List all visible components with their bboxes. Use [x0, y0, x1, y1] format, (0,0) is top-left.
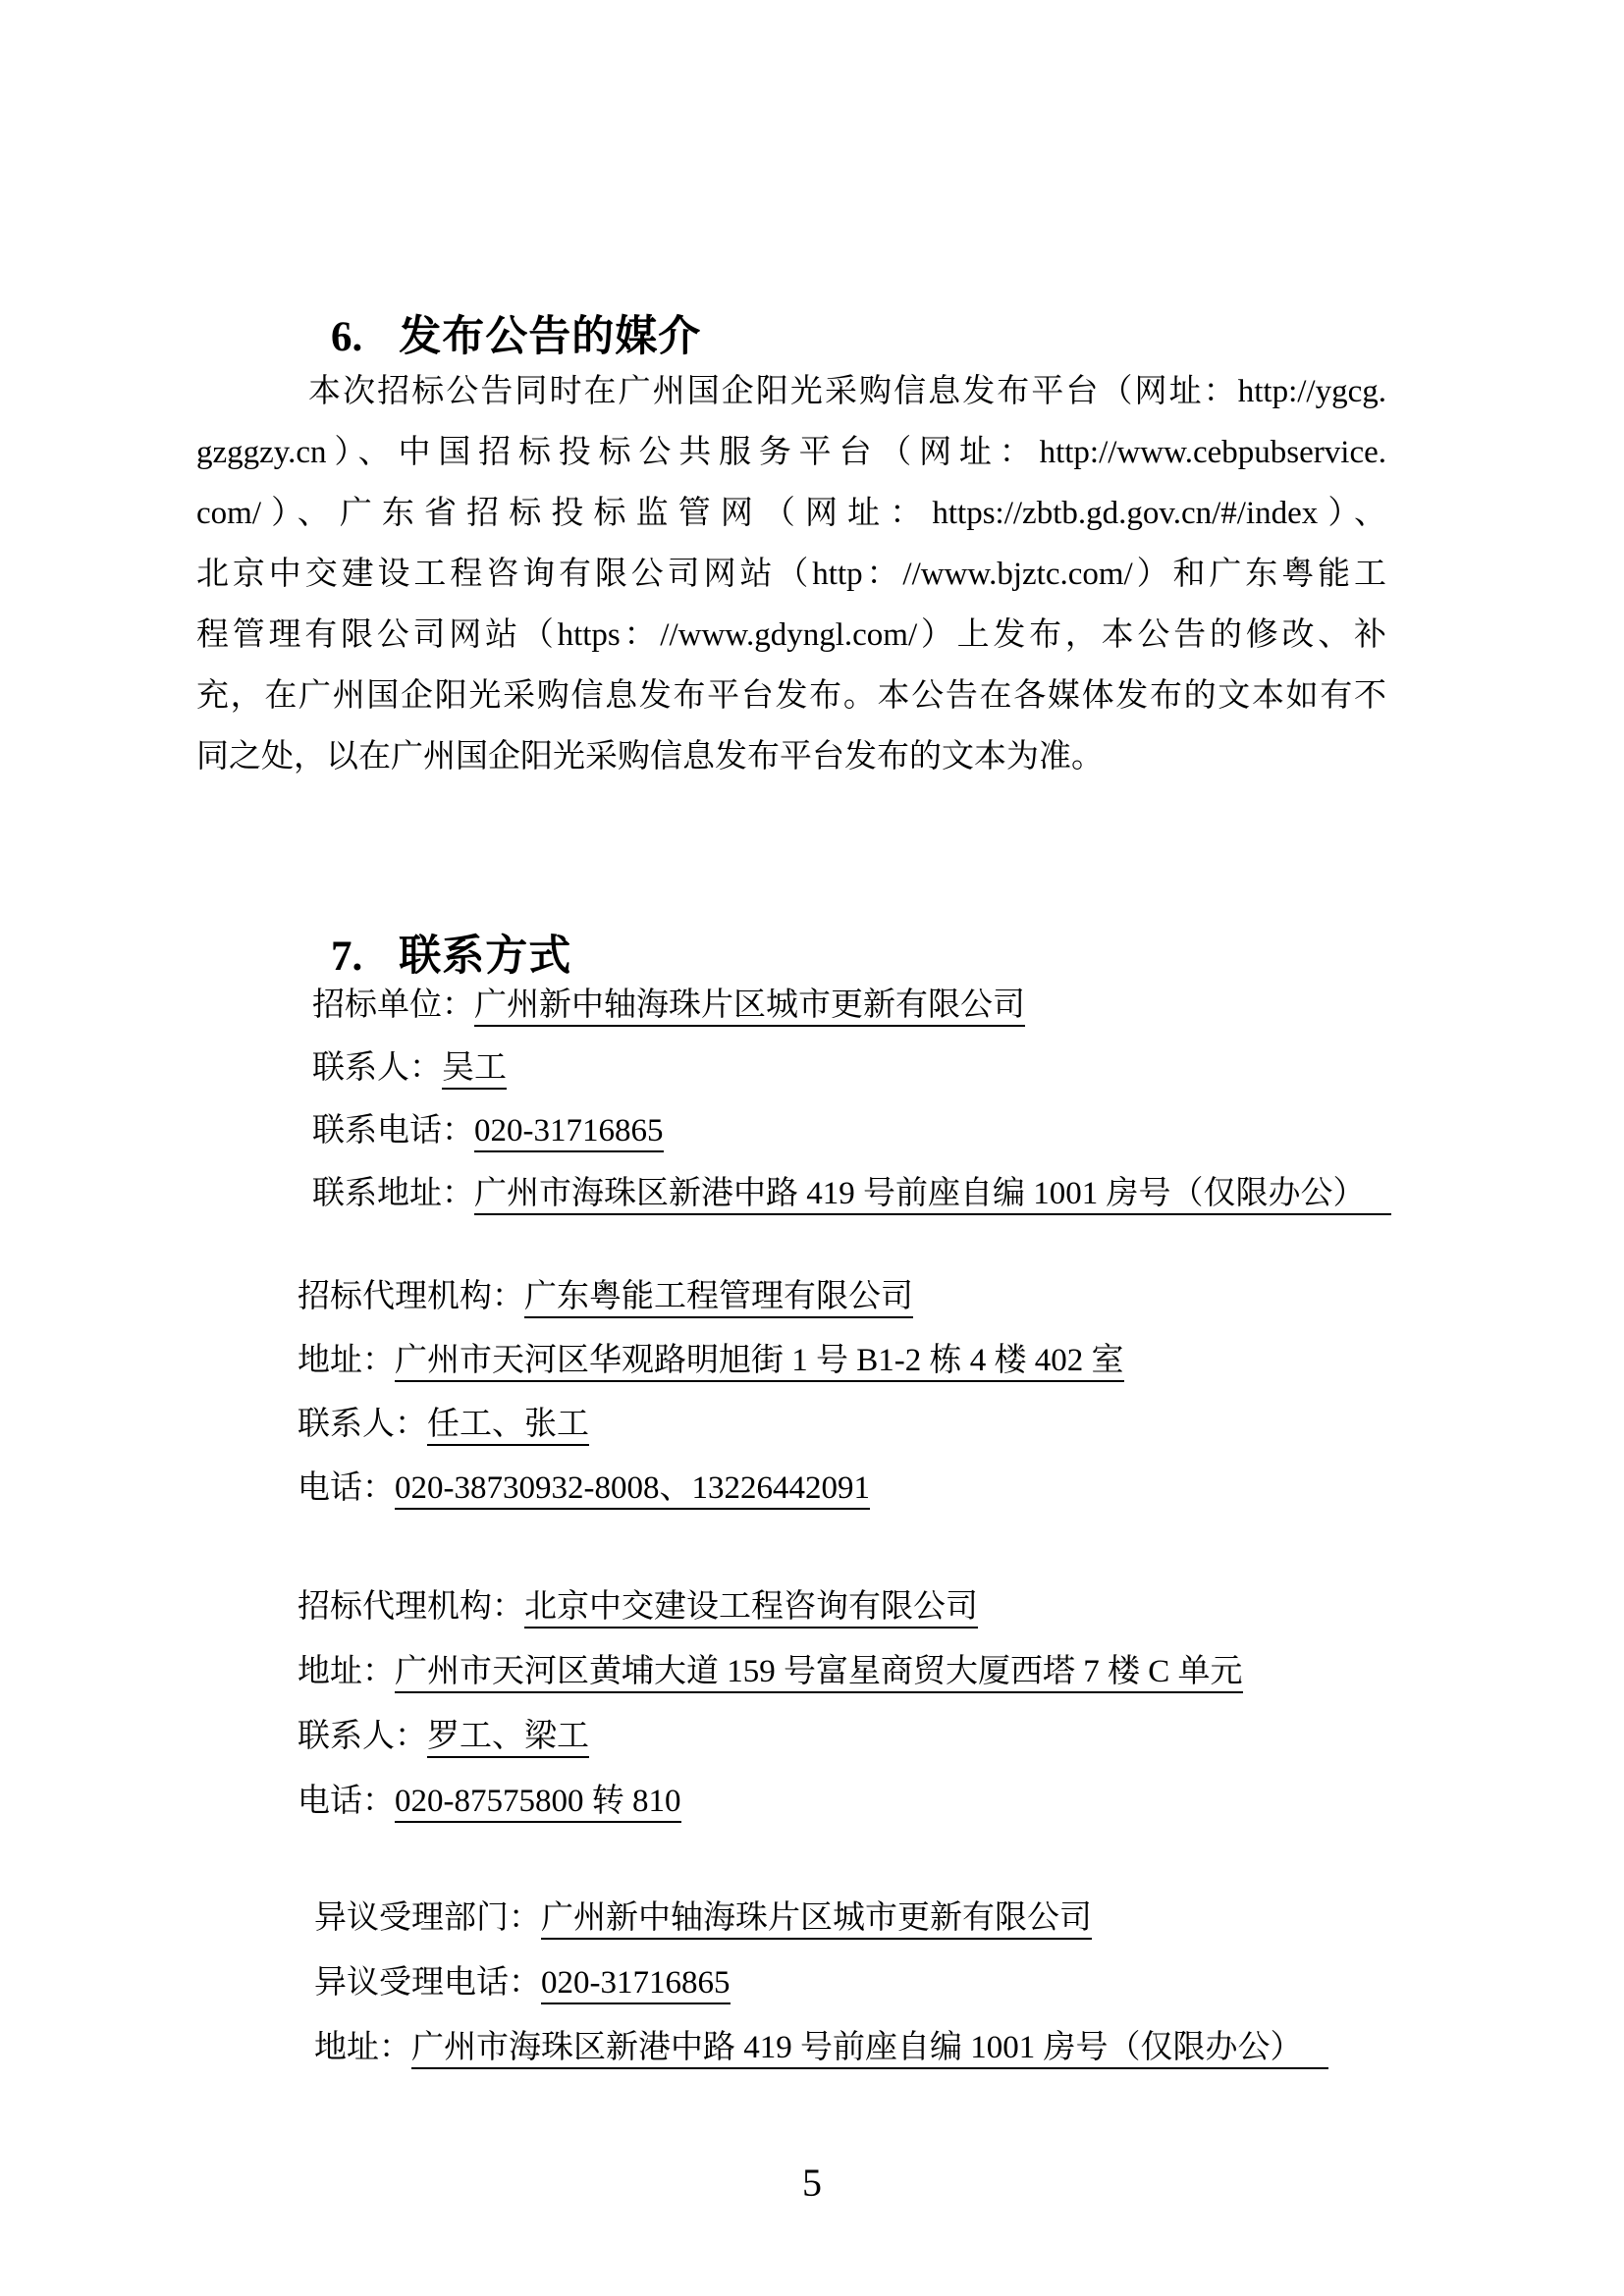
contact-label: 招标代理机构：	[298, 1589, 524, 1625]
publication-media-paragraph: 本次招标公告同时在广州国企阳光采购信息发布平台（网址：http://ygcg. …	[196, 361, 1386, 787]
paragraph-line: 同之处，以在广州国企阳光采购信息发布平台发布的文本为准。	[196, 726, 1386, 787]
contact-label: 电话：	[298, 1784, 395, 1819]
section-6-title: 发布公告的媒介	[399, 314, 701, 360]
contact-value: 广州新中轴海珠片区城市更新有限公司	[474, 988, 1025, 1027]
contact-row: 联系人：任工、张工	[298, 1393, 1124, 1457]
contact-row: 联系人：罗工、梁工	[298, 1704, 1243, 1769]
objection-contact-block: 异议受理部门：广州新中轴海珠片区城市更新有限公司 异议受理电话：020-3171…	[314, 1886, 1328, 2080]
contact-row: 异议受理部门：广州新中轴海珠片区城市更新有限公司	[314, 1886, 1328, 1950]
contact-label: 联系人：	[298, 1719, 427, 1754]
contact-value: 020-31716865	[541, 1965, 731, 2004]
paragraph-line: 本次招标公告同时在广州国企阳光采购信息发布平台（网址：http://ygcg.	[196, 361, 1386, 422]
contact-value: 广州市海珠区新港中路 419 号前座自编 1001 房号（仅限办公）	[474, 1176, 1391, 1215]
section-6-heading: 6.发布公告的媒介	[331, 313, 701, 362]
contact-row: 地址：广州市天河区华观路明旭街 1 号 B1-2 栋 4 楼 402 室	[298, 1329, 1124, 1393]
contact-label: 异议受理电话：	[314, 1965, 541, 2001]
contact-value: 罗工、梁工	[427, 1719, 589, 1758]
contact-row: 地址：广州市天河区黄埔大道 159 号富星商贸大厦西塔 7 楼 C 单元	[298, 1639, 1243, 1704]
contact-row: 招标代理机构：北京中交建设工程咨询有限公司	[298, 1575, 1243, 1639]
contact-value: 广州新中轴海珠片区城市更新有限公司	[541, 1900, 1092, 1940]
page-number: 5	[0, 2160, 1624, 2206]
contact-value: 吴工	[442, 1050, 507, 1090]
contact-row: 电话：020-87575800 转 810	[298, 1769, 1243, 1834]
contact-row: 招标单位：广州新中轴海珠片区城市更新有限公司	[312, 974, 1391, 1037]
contact-label: 招标代理机构：	[298, 1279, 524, 1314]
contact-row: 电话：020-38730932-8008、13226442091	[298, 1457, 1124, 1521]
contact-value: 020-31716865	[474, 1113, 664, 1152]
contact-row: 联系电话：020-31716865	[312, 1099, 1391, 1162]
contact-label: 联系人：	[298, 1407, 427, 1442]
contact-value: 任工、张工	[427, 1407, 589, 1446]
contact-value: 广州市海珠区新港中路 419 号前座自编 1001 房号（仅限办公）	[411, 2030, 1328, 2069]
document-page: 6.发布公告的媒介 本次招标公告同时在广州国企阳光采购信息发布平台（网址：htt…	[0, 0, 1624, 2296]
contact-label: 地址：	[314, 2030, 411, 2065]
paragraph-line: 充，在广州国企阳光采购信息发布平台发布。本公告在各媒体发布的文本如有不	[196, 666, 1386, 726]
section-7-title: 联系方式	[399, 934, 571, 980]
contact-row: 联系地址：广州市海珠区新港中路 419 号前座自编 1001 房号（仅限办公）	[312, 1162, 1391, 1225]
contact-label: 异议受理部门：	[314, 1900, 541, 1936]
paragraph-line: com/）、广东省招标投标监管网（网址：https://zbtb.gd.gov.…	[196, 483, 1386, 544]
contact-label: 联系电话：	[312, 1113, 474, 1148]
contact-row: 招标代理机构：广东粤能工程管理有限公司	[298, 1265, 1124, 1329]
contact-value: 广州市天河区华观路明旭街 1 号 B1-2 栋 4 楼 402 室	[395, 1343, 1124, 1382]
agency-2-contact-block: 招标代理机构：北京中交建设工程咨询有限公司 地址：广州市天河区黄埔大道 159 …	[298, 1575, 1243, 1834]
contact-value: 北京中交建设工程咨询有限公司	[524, 1589, 978, 1629]
paragraph-line: 北京中交建设工程咨询有限公司网站（http：//www.bjztc.com/）和…	[196, 544, 1386, 605]
section-6-number: 6.	[331, 313, 362, 362]
contact-label: 联系人：	[312, 1050, 442, 1086]
tenderer-contact-block: 招标单位：广州新中轴海珠片区城市更新有限公司 联系人：吴工 联系电话：020-3…	[312, 974, 1391, 1225]
contact-label: 地址：	[298, 1343, 395, 1378]
contact-row: 地址：广州市海珠区新港中路 419 号前座自编 1001 房号（仅限办公）	[314, 2015, 1328, 2080]
paragraph-line: gzggzy.cn）、中国招标投标公共服务平台（网址：http://www.ce…	[196, 422, 1386, 483]
contact-row: 异议受理电话：020-31716865	[314, 1950, 1328, 2015]
contact-label: 电话：	[298, 1470, 395, 1506]
contact-label: 联系地址：	[312, 1176, 474, 1211]
contact-label: 招标单位：	[312, 988, 474, 1023]
contact-value: 广州市天河区黄埔大道 159 号富星商贸大厦西塔 7 楼 C 单元	[395, 1654, 1243, 1693]
paragraph-line: 程管理有限公司网站（https：//www.gdyngl.com/）上发布，本公…	[196, 605, 1386, 666]
contact-value: 020-38730932-8008、13226442091	[395, 1470, 870, 1510]
contact-value: 020-87575800 转 810	[395, 1784, 681, 1823]
contact-label: 地址：	[298, 1654, 395, 1689]
contact-value: 广东粤能工程管理有限公司	[524, 1279, 913, 1318]
agency-1-contact-block: 招标代理机构：广东粤能工程管理有限公司 地址：广州市天河区华观路明旭街 1 号 …	[298, 1265, 1124, 1521]
contact-row: 联系人：吴工	[312, 1037, 1391, 1099]
